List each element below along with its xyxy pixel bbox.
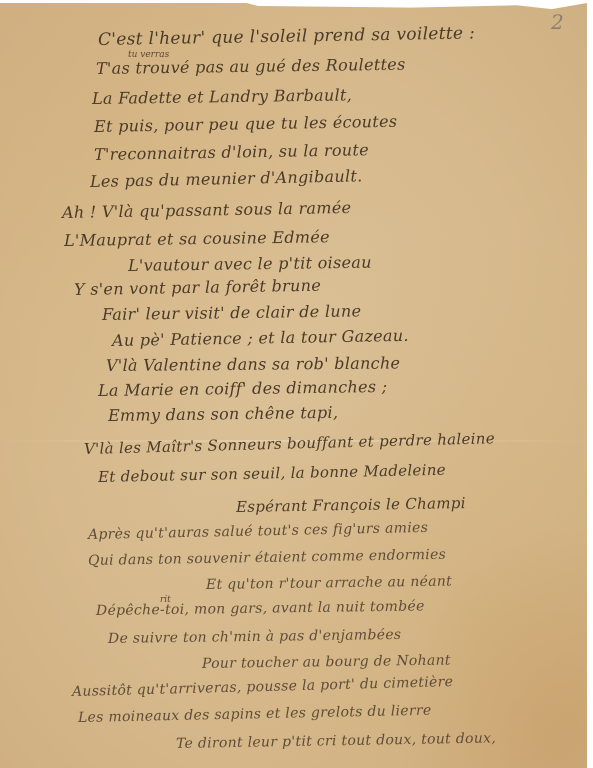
manuscript-line: L'Mauprat et sa cousine Edmée (64, 227, 330, 250)
manuscript-line: Et qu'ton r'tour arrache au néant (206, 574, 452, 593)
manuscript-line: V'là Valentine dans sa rob' blanche (106, 353, 400, 375)
manuscript-line: Emmy dans son chêne tapi, (108, 403, 339, 425)
page-number: 2 (551, 10, 564, 34)
manuscript-line: Fair' leur visit' de clair de lune (102, 301, 362, 324)
manuscript-page: 2 tu verras rit C'est l'heur' que l'sole… (0, 0, 593, 768)
manuscript-line: L'vautour avec le p'tit oiseau (128, 253, 372, 275)
manuscript-line: La Marie en coiff' des dimanches ; (98, 377, 388, 400)
manuscript-line: La Fadette et Landry Barbault, (92, 85, 352, 108)
